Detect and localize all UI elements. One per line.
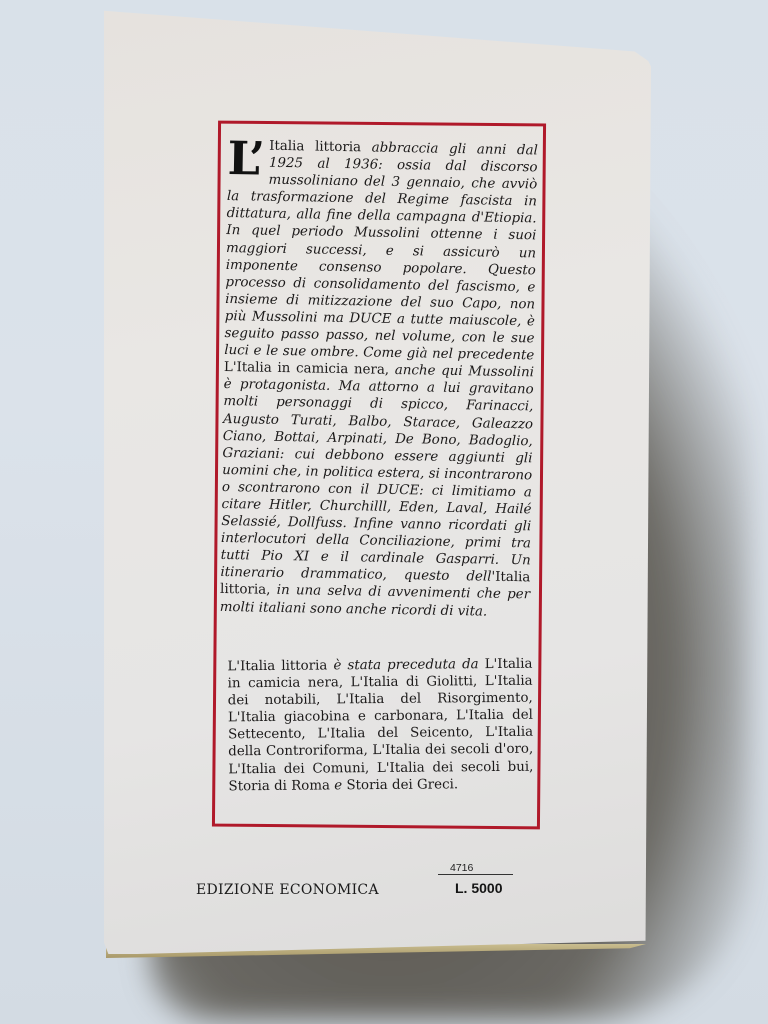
series-list: L'Italia littoria è stata preceduta da L… xyxy=(227,656,533,795)
price-label: L. 5000 xyxy=(455,880,502,896)
blurb-text: L’Italia littoria abbraccia gli anni dal… xyxy=(220,137,538,621)
catalog-code: 4716 xyxy=(450,862,473,874)
dropcap: L’ xyxy=(227,139,265,178)
price-divider xyxy=(438,874,513,875)
imprint-label: EDIZIONE ECONOMICA xyxy=(196,882,379,898)
